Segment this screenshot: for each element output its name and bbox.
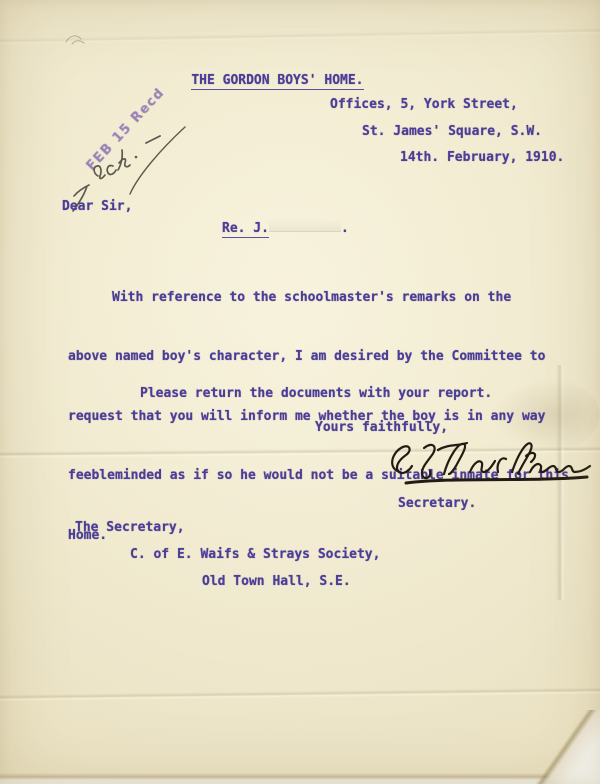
fold-crease-top [0, 28, 600, 45]
body-line: With reference to the schoolmaster's rem… [68, 284, 569, 311]
letterhead-address-line-1: Offices, 5, York Street, [330, 97, 518, 113]
letterhead-title-text: THE GORDON BOYS' HOME. [191, 73, 363, 90]
erased-name-area [269, 219, 341, 232]
signed-role: Secretary. [398, 496, 476, 512]
letter-date: 14th. February, 1910. [400, 150, 564, 166]
body-line: above named boy's character, I am desire… [68, 343, 569, 370]
letter-scan-page: FEB 15 Recd THE GORDON BOYS' HOME. Offic… [0, 0, 600, 784]
clipped-corner [534, 710, 600, 784]
salutation: Dear Sir, [62, 199, 132, 215]
recipient-line-3: Old Town Hall, S.E. [202, 574, 351, 590]
subject-trailing-period: . [341, 221, 349, 236]
fold-crease-bottom [0, 687, 600, 701]
recipient-line-2: C. of E. Waifs & Strays Society, [130, 547, 380, 563]
faint-pencil-mark [64, 31, 88, 49]
paper-bottom-edge [0, 773, 600, 784]
handwritten-signature [378, 436, 593, 488]
recipient-line-1: The Secretary, [75, 520, 185, 536]
subject-line: Re. J.. [222, 219, 349, 237]
letterhead-address-line-2: St. James' Square, S.W. [362, 124, 542, 140]
valediction: Yours faithfully, [315, 420, 448, 436]
subject-reference: Re. J. [222, 221, 269, 238]
request-line: Please return the documents with your re… [140, 386, 492, 402]
